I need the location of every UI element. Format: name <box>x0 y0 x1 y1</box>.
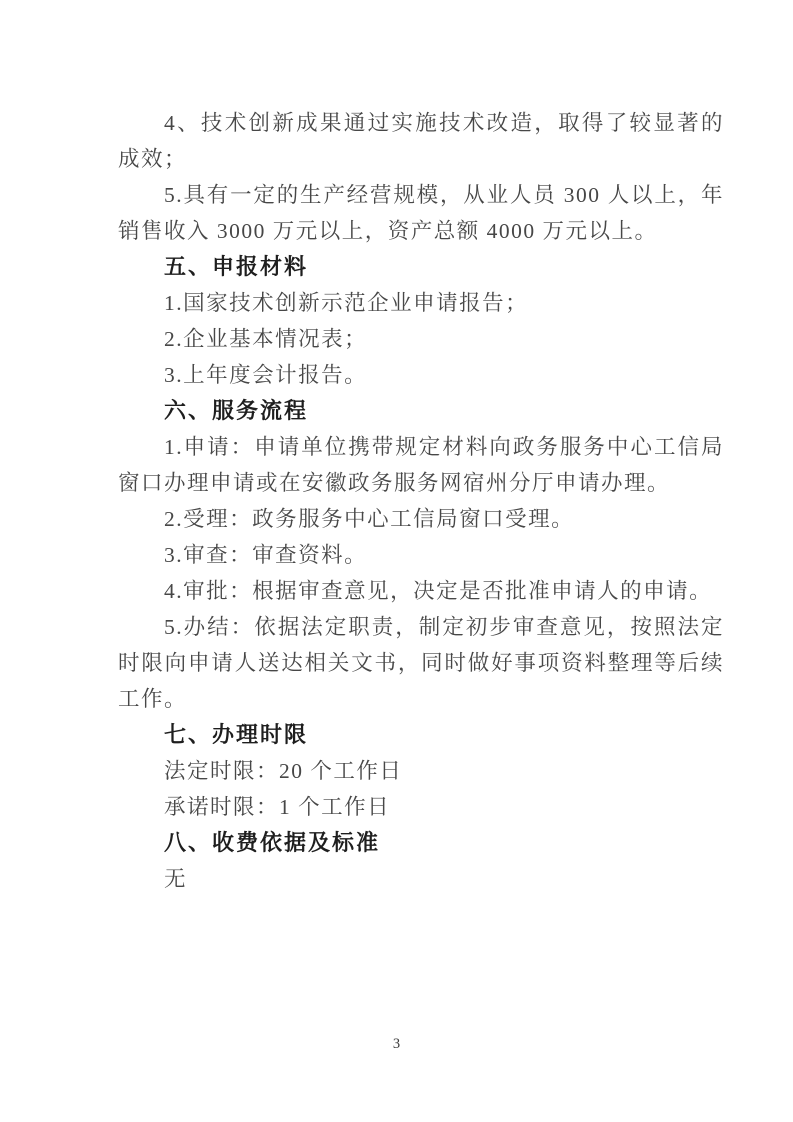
text-line: 2.受理：政务服务中心工信局窗口受理。 <box>118 501 724 537</box>
text-line: 5.具有一定的生产经营规模，从业人员 300 人以上，年销售收入 3000 万元… <box>118 177 724 249</box>
section-heading: 七、办理时限 <box>118 717 724 753</box>
text-line: 5.办结：依据法定职责，制定初步审查意见，按照法定时限向申请人送达相关文书，同时… <box>118 609 724 717</box>
document-page: 4、技术创新成果通过实施技术改造，取得了较显著的成效；5.具有一定的生产经营规模… <box>0 0 793 1122</box>
text-line: 4、技术创新成果通过实施技术改造，取得了较显著的成效； <box>118 105 724 177</box>
text-line: 3.审查：审查资料。 <box>118 537 724 573</box>
text-line: 法定时限：20 个工作日 <box>118 753 724 789</box>
page-number: 3 <box>0 1036 793 1053</box>
section-heading: 五、申报材料 <box>118 249 724 285</box>
text-line: 承诺时限：1 个工作日 <box>118 789 724 825</box>
section-heading: 六、服务流程 <box>118 393 724 429</box>
text-line: 1.国家技术创新示范企业申请报告； <box>118 285 724 321</box>
text-line: 1.申请：申请单位携带规定材料向政务服务中心工信局窗口办理申请或在安徽政务服务网… <box>118 429 724 501</box>
document-content: 4、技术创新成果通过实施技术改造，取得了较显著的成效；5.具有一定的生产经营规模… <box>118 105 724 897</box>
text-line: 2.企业基本情况表； <box>118 321 724 357</box>
text-line: 3.上年度会计报告。 <box>118 357 724 393</box>
section-heading: 八、收费依据及标准 <box>118 825 724 861</box>
text-line: 无 <box>118 861 724 897</box>
text-line: 4.审批：根据审查意见，决定是否批准申请人的申请。 <box>118 573 724 609</box>
